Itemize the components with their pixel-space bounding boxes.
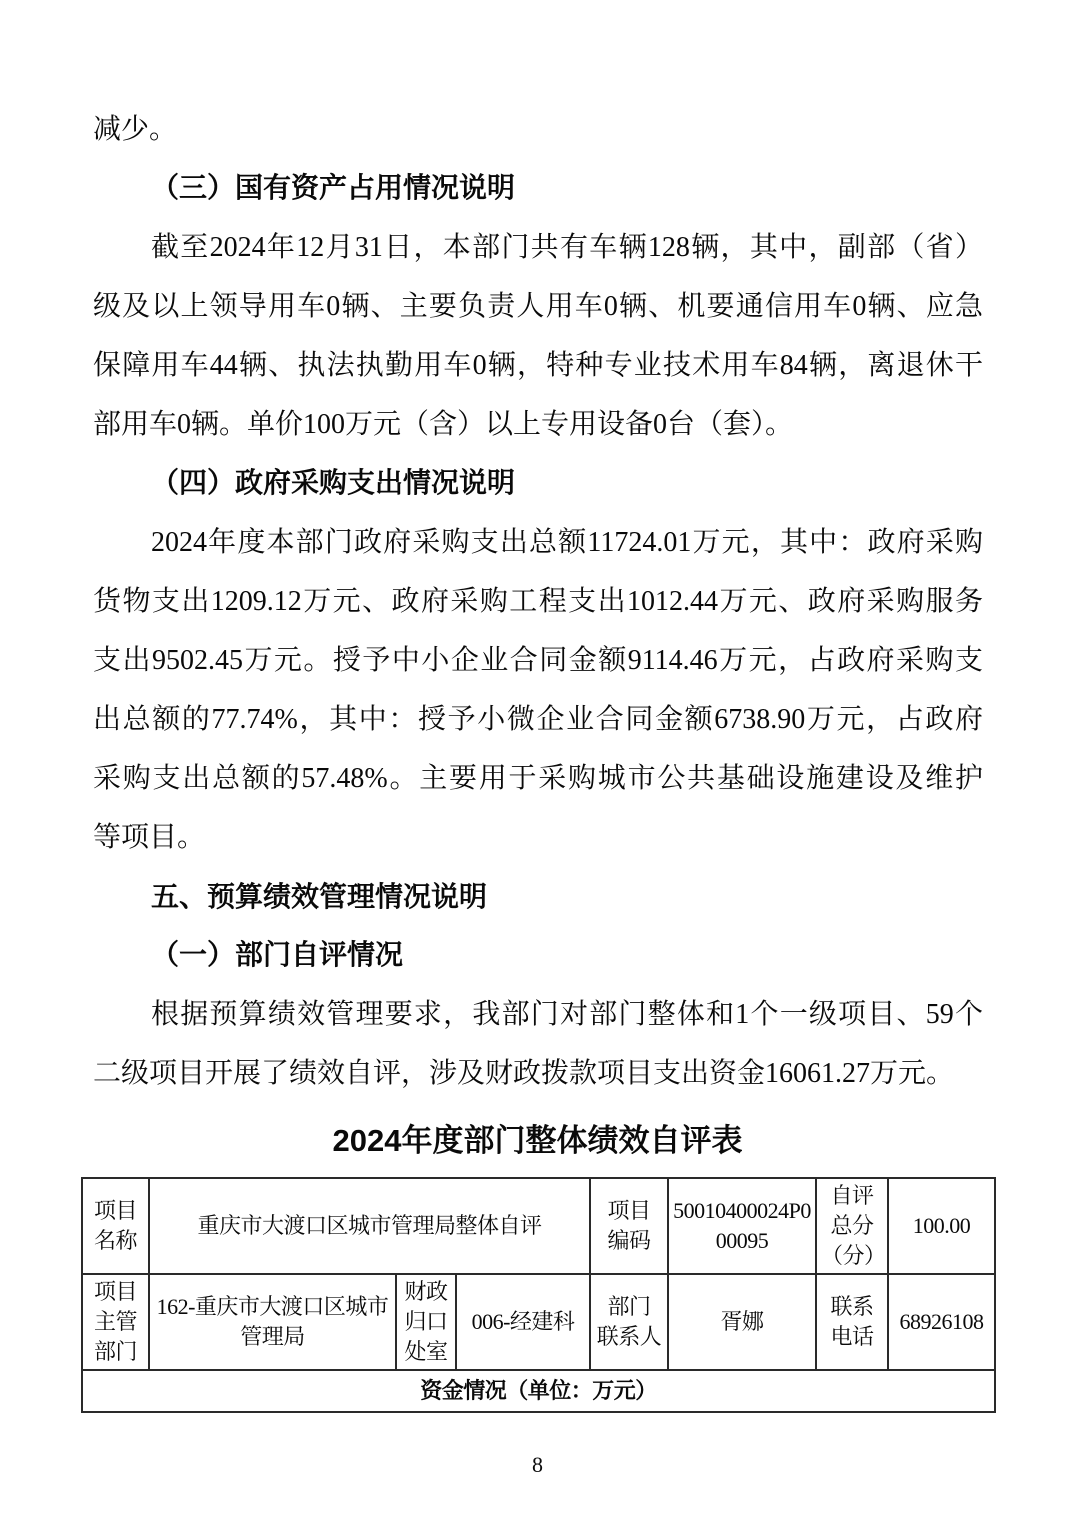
body-line: 支出9502.45万元。授予中小企业合同金额9114.46万元，占政府采购支	[93, 631, 983, 690]
heading-dept-self-eval: （一）部门自评情况	[93, 926, 983, 985]
body-line: 二级项目开展了绩效自评，涉及财政拨款项目支出资金16061.27万元。	[93, 1044, 983, 1103]
table-row: 项目 名称 重庆市大渡口区城市管理局整体自评 项目 编码 50010400024…	[82, 1178, 995, 1274]
self-evaluation-table: 项目 名称 重庆市大渡口区城市管理局整体自评 项目 编码 50010400024…	[81, 1177, 996, 1413]
cell-contact-value: 胥娜	[668, 1274, 816, 1370]
cell-project-name-label: 项目 名称	[82, 1178, 149, 1274]
body-line: 部用车0辆。单价100万元（含）以上专用设备0台（套）。	[93, 395, 983, 454]
body-line: 截至2024年12月31日，本部门共有车辆128辆，其中，副部（省）	[93, 218, 983, 277]
body-line: 根据预算绩效管理要求，我部门对部门整体和1个一级项目、59个	[93, 985, 983, 1044]
cell-phone-label: 联系 电话	[816, 1274, 888, 1370]
body-line: 减少。	[93, 100, 983, 159]
page-number: 8	[0, 1449, 1075, 1481]
body-line: 采购支出总额的57.48%。主要用于采购城市公共基础设施建设及维护	[93, 749, 983, 808]
table-row: 资金情况（单位：万元）	[82, 1370, 995, 1412]
cell-supervisor-dept-value: 162-重庆市大渡口区城市 管理局	[149, 1274, 396, 1370]
cell-project-name-value: 重庆市大渡口区城市管理局整体自评	[149, 1178, 590, 1274]
body-line: 2024年度本部门政府采购支出总额11724.01万元，其中：政府采购	[93, 513, 983, 572]
cell-finance-office-label: 财政 归口 处室	[396, 1274, 456, 1370]
cell-phone-value: 68926108	[888, 1274, 995, 1370]
table-row: 项目 主管 部门 162-重庆市大渡口区城市 管理局 财政 归口 处室 006-…	[82, 1274, 995, 1370]
heading-gov-procurement: （四）政府采购支出情况说明	[93, 454, 983, 513]
cell-score-value: 100.00	[888, 1178, 995, 1274]
body-line: 保障用车44辆、执法执勤用车0辆，特种专业技术用车84辆，离退休干	[93, 336, 983, 395]
cell-project-code-label: 项目 编码	[590, 1178, 668, 1274]
cell-project-code-value: 50010400024P0 00095	[668, 1178, 816, 1274]
cell-finance-office-value: 006-经建科	[456, 1274, 590, 1370]
cell-contact-label: 部门 联系人	[590, 1274, 668, 1370]
document-body: 减少。 （三）国有资产占用情况说明 截至2024年12月31日，本部门共有车辆1…	[0, 0, 1075, 1103]
cell-funds-section-header: 资金情况（单位：万元）	[82, 1370, 995, 1412]
cell-supervisor-dept-label: 项目 主管 部门	[82, 1274, 149, 1370]
body-line: 货物支出1209.12万元、政府采购工程支出1012.44万元、政府采购服务	[93, 572, 983, 631]
body-line: 出总额的77.74%，其中：授予小微企业合同金额6738.90万元，占政府	[93, 690, 983, 749]
body-line: 级及以上领导用车0辆、主要负责人用车0辆、机要通信用车0辆、应急	[93, 277, 983, 336]
table-title: 2024年度部门整体绩效自评表	[0, 1115, 1075, 1167]
cell-score-label: 自评 总分 （分）	[816, 1178, 888, 1274]
heading-state-assets: （三）国有资产占用情况说明	[93, 159, 983, 218]
body-line: 等项目。	[93, 808, 983, 867]
heading-budget-performance: 五、预算绩效管理情况说明	[93, 867, 983, 926]
document-page: 减少。 （三）国有资产占用情况说明 截至2024年12月31日，本部门共有车辆1…	[0, 0, 1075, 1520]
